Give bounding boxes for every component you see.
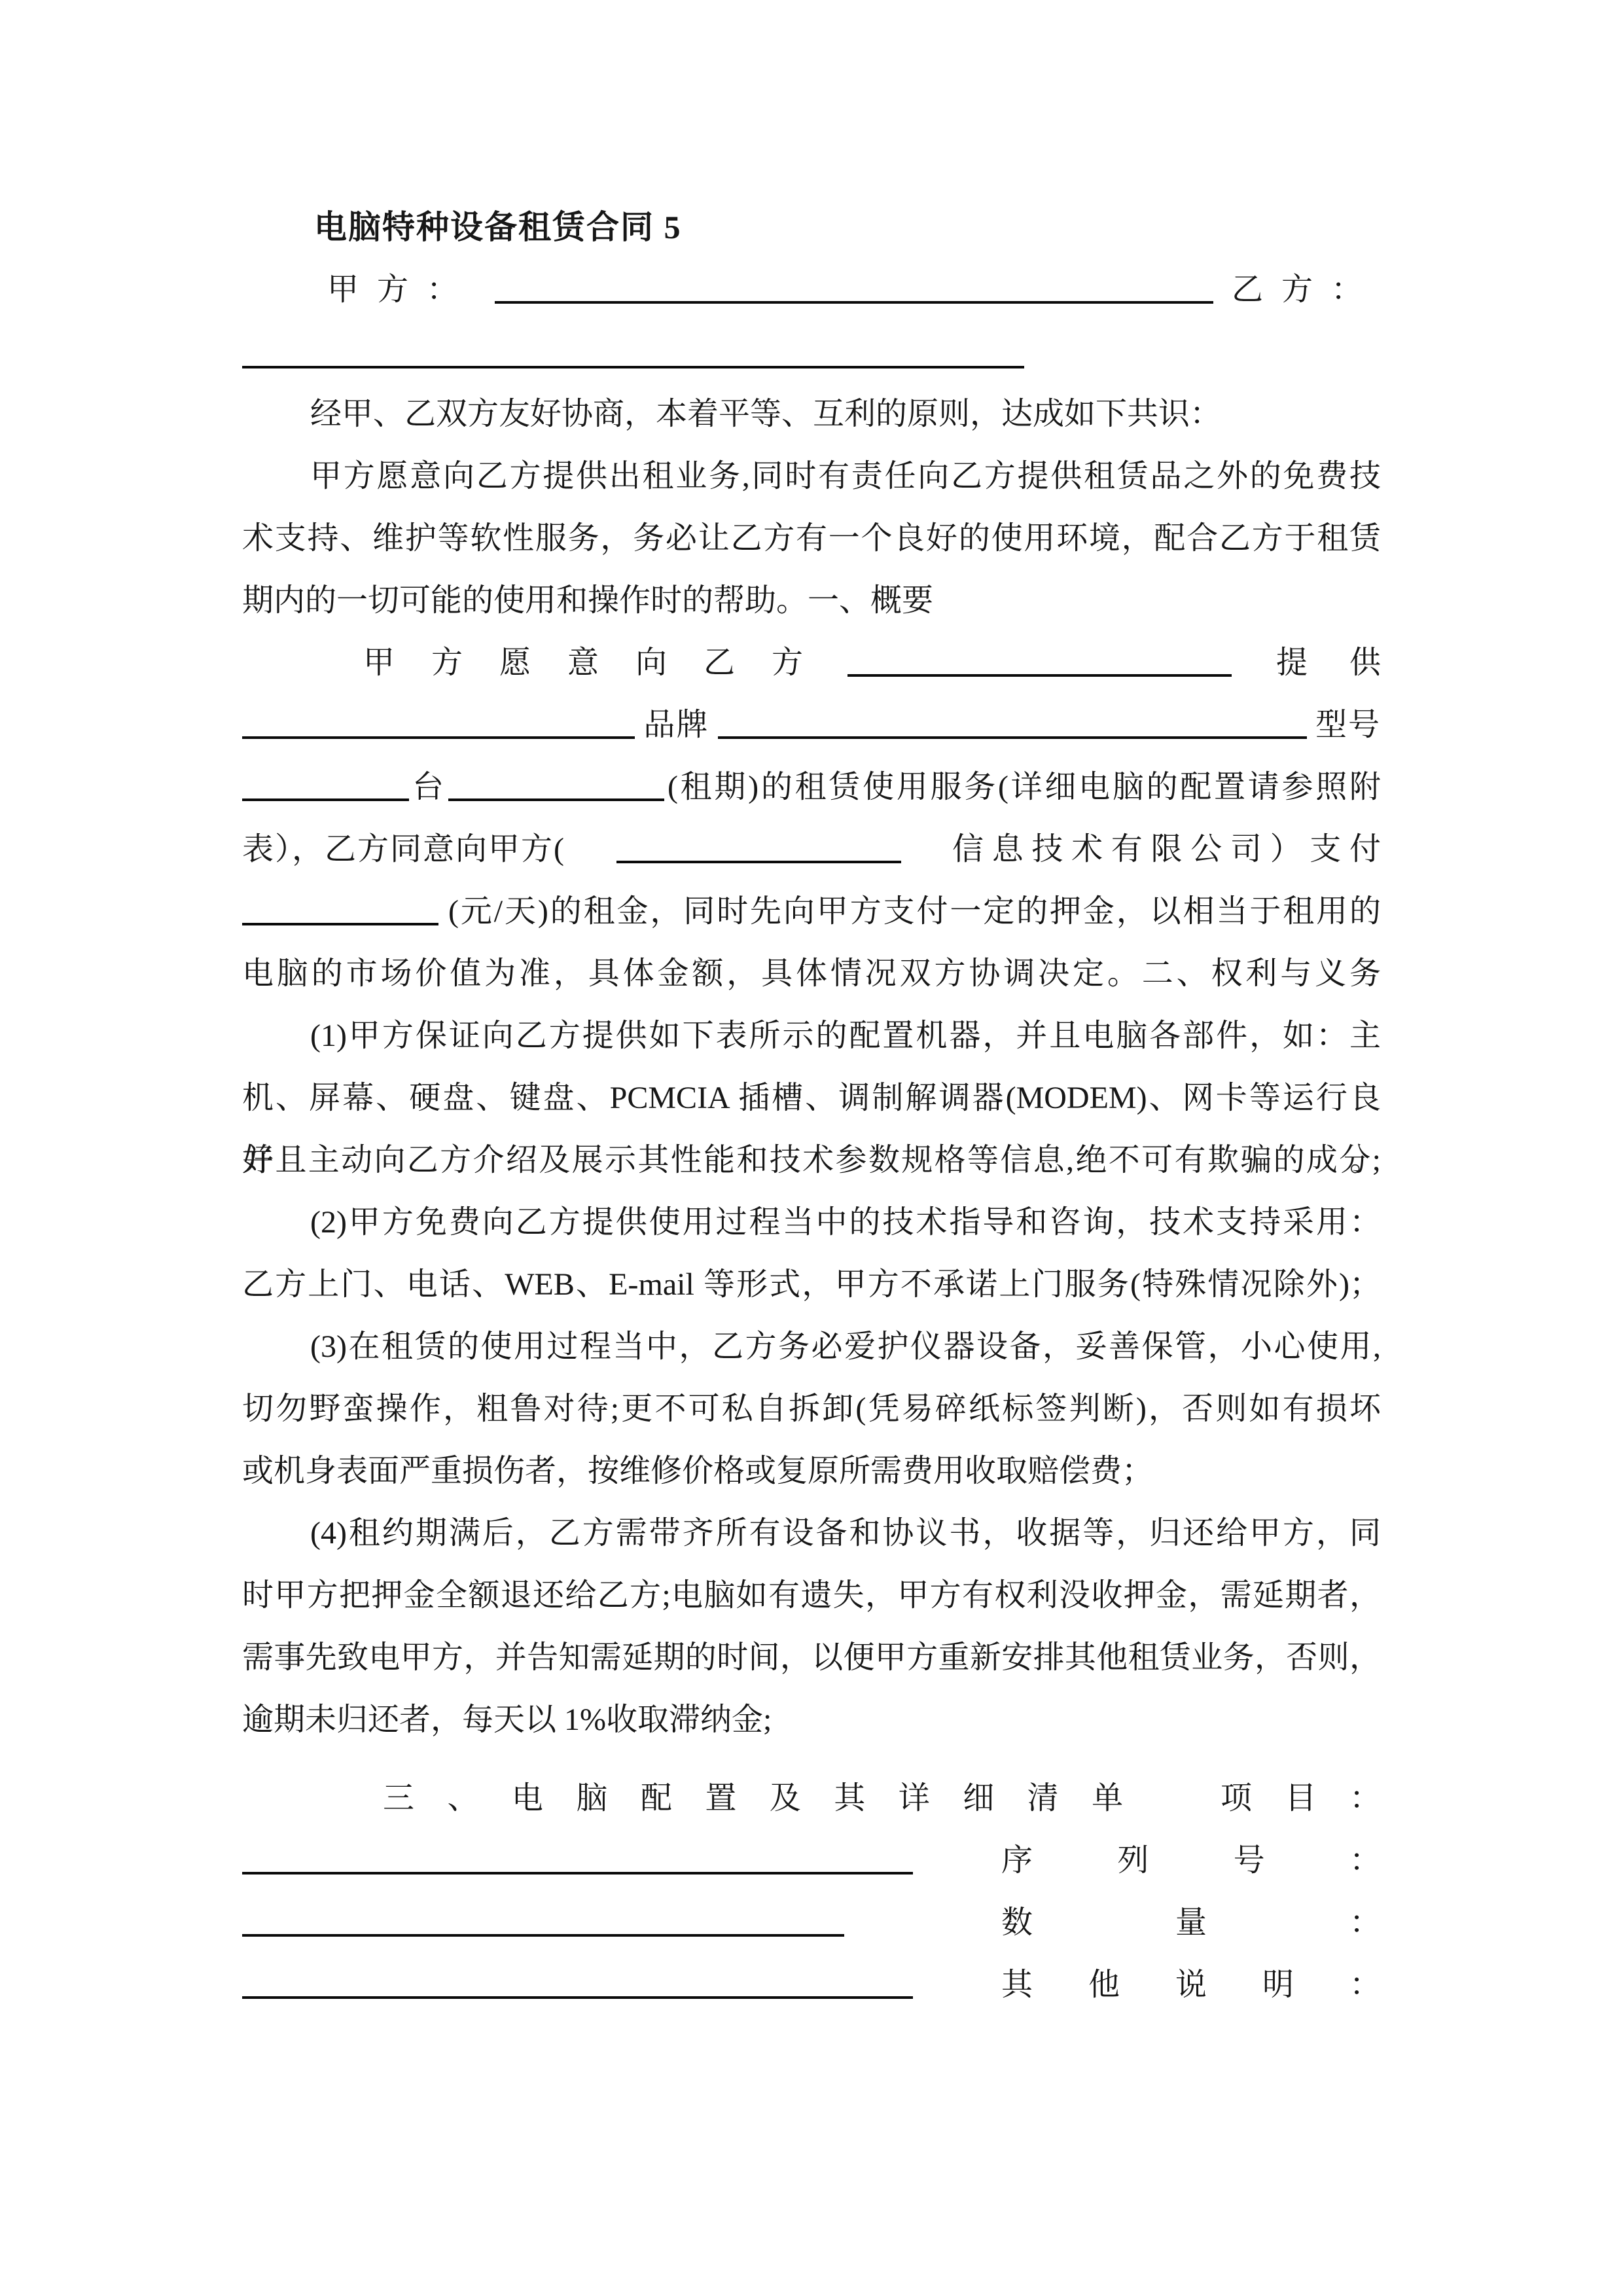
term-blank bbox=[448, 798, 664, 801]
quantity-label: 数量： bbox=[1001, 1892, 1381, 1954]
brand-label: 品牌 bbox=[643, 694, 709, 756]
party-a-blank bbox=[495, 301, 1213, 304]
party-b-blank-row bbox=[242, 321, 1381, 383]
parties-row: 甲方： 乙方： bbox=[242, 259, 1381, 321]
clause-3-line-1: (3)在租赁的使用过程当中，乙方务必爱护仪器设备，妥善保管，小心使用, bbox=[242, 1316, 1381, 1378]
rent-text: (元/天)的租金，同时先向甲方支付一定的押金，以相当于租用的 bbox=[448, 880, 1381, 942]
brand-model-row: 品牌 型号 bbox=[242, 694, 1381, 756]
overview-fill-lead: 甲方愿意向乙方 bbox=[363, 632, 803, 694]
party-b-blank bbox=[242, 366, 1024, 368]
doc-title: 电脑特种设备租赁合同 5 bbox=[242, 196, 1381, 259]
clause-3-line-3: 或机身表面严重损伤者，按维修价格或复原所需费用收取赔偿费； bbox=[242, 1440, 1381, 1502]
model-blank bbox=[718, 736, 1307, 739]
quantity-blank bbox=[242, 1934, 844, 1937]
quantity-term-row: 台 (租期)的租赁使用服务(详细电脑的配置请参照附 bbox=[242, 756, 1381, 818]
company-row: 表），乙方同意向甲方( 信息技术有限公司）支付 bbox=[242, 818, 1381, 880]
intro-consensus-line: 经甲、乙双方友好协商，本着平等、互利的原则，达成如下共识： bbox=[242, 383, 1381, 445]
other-row: 其他说明： bbox=[242, 1954, 1381, 2016]
contract-page: 电脑特种设备租赁合同 5 甲方： 乙方： 经甲、乙双方友好协商，本着平等、互利的… bbox=[0, 0, 1623, 2296]
contract-body: 电脑特种设备租赁合同 5 甲方： 乙方： 经甲、乙双方友好协商，本着平等、互利的… bbox=[242, 196, 1381, 2016]
party-name-blank bbox=[847, 674, 1232, 677]
intro-paragraph-line-2: 术支持、维护等软性服务，务必让乙方有一个良好的使用环境，配合乙方于租赁 bbox=[242, 507, 1381, 569]
model-label: 型号 bbox=[1315, 694, 1381, 756]
other-blank bbox=[242, 1996, 913, 1999]
company-text: 信息技术有限公司）支付 bbox=[952, 818, 1381, 880]
clause-1-line-2: 机、屏幕、硬盘、键盘、PCMCIA 插槽、调制解调器(MODEM)、网卡等运行良… bbox=[242, 1067, 1381, 1129]
overview-fill-provide: 提供 bbox=[1276, 632, 1381, 694]
clause-1-line-3: 并且主动向乙方介绍及展示其性能和技术参数规格等信息,绝不可有欺骗的成分; bbox=[242, 1129, 1381, 1191]
rent-blank bbox=[242, 923, 438, 925]
overview-fill-row: 甲方愿意向乙方 提供 bbox=[242, 632, 1381, 694]
clause-4-line-1: (4)租约期满后，乙方需带齐所有设备和协议书，收据等，归还给甲方，同 bbox=[242, 1502, 1381, 1564]
clause-3-line-2: 切勿野蛮操作，粗鲁对待;更不可私自拆卸(凭易碎纸标签判断)，否则如有损坏 bbox=[242, 1378, 1381, 1440]
intro-paragraph-line-3: 期内的一切可能的使用和操作时的帮助。一、概要 bbox=[242, 569, 1381, 632]
section3-heading-row: 三、电脑配置及其详细清单 项目： bbox=[242, 1767, 1381, 1829]
clause-4-line-4: 逾期未归还者，每天以 1%收取滞纳金; bbox=[242, 1689, 1381, 1751]
clause-1-line-1: (1)甲方保证向乙方提供如下表所示的配置机器，并且电脑各部件，如：主 bbox=[242, 1005, 1381, 1067]
serial-blank bbox=[242, 1872, 913, 1874]
clause-2-line-1: (2)甲方免费向乙方提供使用过程当中的技术指导和咨询，技术支持采用： bbox=[242, 1191, 1381, 1253]
clause-4-line-2: 时甲方把押金全额退还给乙方;电脑如有遗失，甲方有权利没收押金，需延期者， bbox=[242, 1564, 1381, 1626]
quantity-row: 数量： bbox=[242, 1892, 1381, 1954]
serial-row: 序列号： bbox=[242, 1829, 1381, 1892]
party-b-label: 乙方： bbox=[1232, 259, 1381, 321]
clause-4-line-3: 需事先致电甲方，并告知需延期的时间，以便甲方重新安排其他租赁业务，否则， bbox=[242, 1626, 1381, 1689]
deposit-line: 电脑的市场价值为准，具体金额，具体情况双方协调决定。二、权利与义务 bbox=[242, 942, 1381, 1005]
party-a-label: 甲方： bbox=[327, 259, 476, 321]
company-blank bbox=[616, 861, 901, 863]
clause-2-line-2: 乙方上门、电话、WEB、E-mail 等形式，甲方不承诺上门服务(特殊情况除外)… bbox=[242, 1253, 1381, 1316]
term-text: (租期)的租赁使用服务(详细电脑的配置请参照附 bbox=[668, 756, 1381, 818]
other-label: 其他说明： bbox=[1001, 1954, 1381, 2016]
schedule-text: 表），乙方同意向甲方( bbox=[242, 818, 565, 880]
rent-row: (元/天)的租金，同时先向甲方支付一定的押金，以相当于租用的 bbox=[242, 880, 1381, 942]
serial-label: 序列号： bbox=[1001, 1829, 1381, 1892]
quantity-blank-inline bbox=[242, 798, 409, 801]
intro-paragraph-line-1: 甲方愿意向乙方提供出租业务,同时有责任向乙方提供租赁品之外的免费技 bbox=[242, 445, 1381, 507]
section3-heading: 三、电脑配置及其详细清单 项目： bbox=[383, 1767, 1381, 1829]
unit-label: 台 bbox=[412, 756, 445, 818]
brand-blank bbox=[242, 736, 635, 739]
